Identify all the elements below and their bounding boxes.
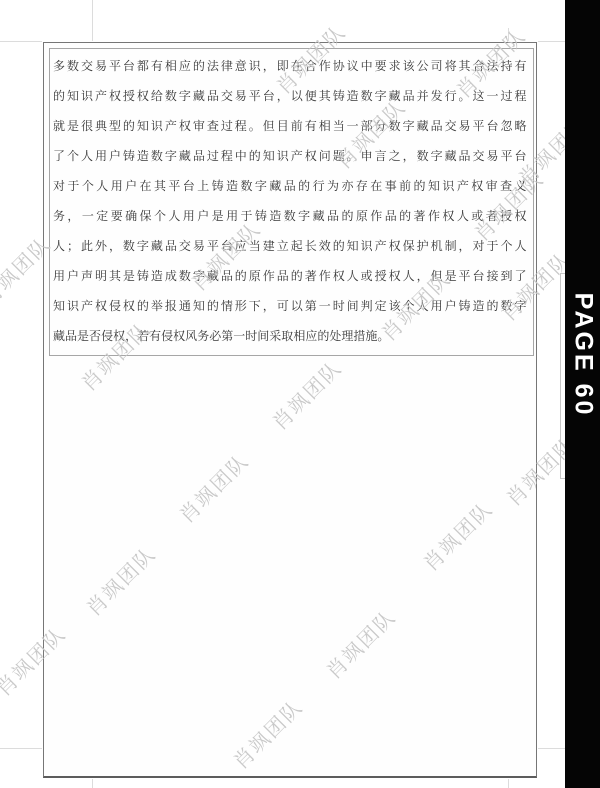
crop-mark-top-right: [538, 41, 565, 42]
paragraph-line: 藏品是否侵权，若有侵权风务必第一时间采取相应的处理措施。: [53, 320, 527, 350]
paragraph-line: 知识产权侵权的举报通知的情形下，可以第一时间判定该个人用户铸造的数字: [53, 290, 527, 320]
paragraph-line: 就是很典型的知识产权审查过程。但目前有相当一部分数字藏品交易平台忽略: [53, 110, 527, 140]
paragraph-line: 的知识产权授权给数字藏品交易平台，以便其铸造数字藏品并发行。这一过程: [53, 80, 527, 110]
document-page: 多数交易平台都有相应的法律意识，即在合作协议中要求该公司将其合法持有的知识产权授…: [43, 42, 537, 778]
crop-mark-left-top: [92, 0, 93, 41]
paragraph-line: 多数交易平台都有相应的法律意识，即在合作协议中要求该公司将其合法持有: [53, 50, 527, 80]
crop-mark-top-left: [0, 41, 42, 42]
crop-mark-bottom-right: [538, 748, 565, 749]
scanned-document-view: 多数交易平台都有相应的法律意识，即在合作协议中要求该公司将其合法持有的知识产权授…: [0, 0, 600, 788]
paragraph-line: 务，一定要确保个人用户是用于铸造数字藏品的原作品的著作权人或者授权: [53, 200, 527, 230]
page-number-tab[interactable]: PAGE 60: [569, 293, 598, 418]
paragraph-line: 用户声明其是铸造成数字藏品的原作品的著作权人或授权人，但是平台接到了: [53, 260, 527, 290]
paragraph-line: 对于个人用户在其平台上铸造数字藏品的行为亦存在事前的知识产权审查义: [53, 170, 527, 200]
crop-mark-right-top: [508, 28, 509, 41]
paragraph-line: 人；此外，数字藏品交易平台应当建立起长效的知识产权保护机制，对于个人: [53, 230, 527, 260]
crop-mark-bottom-left: [0, 748, 42, 749]
crop-mark-right-bottom: [508, 779, 509, 788]
paragraph-border-box: 多数交易平台都有相应的法律意识，即在合作协议中要求该公司将其合法持有的知识产权授…: [49, 48, 534, 356]
paragraph: 多数交易平台都有相应的法律意识，即在合作协议中要求该公司将其合法持有的知识产权授…: [53, 50, 527, 350]
crop-mark-left-bottom: [92, 779, 93, 788]
paragraph-line: 了个人用户铸造数字藏品过程中的知识产权问题。申言之，数字藏品交易平台: [53, 140, 527, 170]
